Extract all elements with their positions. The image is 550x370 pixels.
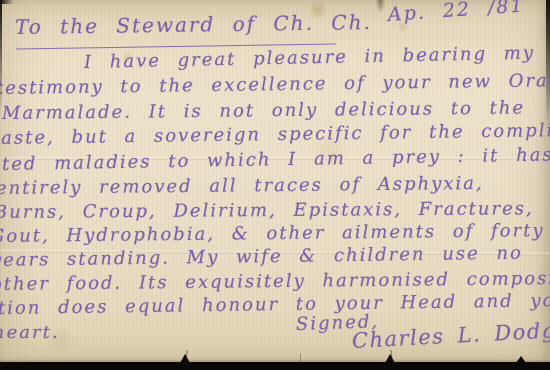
letter-line: testimony to the excellence of your new … <box>0 72 550 98</box>
letter-line: taste, but a sovereign specific for the … <box>0 122 550 148</box>
letter-line: tion does equal honour to your Head and … <box>0 292 550 318</box>
paper-crack <box>300 354 301 363</box>
salutation: To the Steward of Ch. Ch. <box>15 12 372 37</box>
letter-line: heart. <box>0 324 60 342</box>
signature: Charles L. Dodgson <box>351 318 550 352</box>
letter-line: other food. Its exquisitely harmonised c… <box>0 270 550 294</box>
letter-line: I have great pleasure in bearing my <box>84 45 535 72</box>
paper-smudge <box>376 0 385 13</box>
letter-line: entirely removed all traces of Asphyxia, <box>0 175 484 198</box>
letter-line: Marmalade. It is not only delicious to t… <box>2 100 525 123</box>
letter-line: Burns, Croup, Delirium, Epistaxis, Fract… <box>0 200 534 222</box>
background-strip <box>0 362 550 370</box>
letter-scan: { "letter": { "date": "Ap. 22 /81", "sal… <box>0 0 550 370</box>
letter-date: Ap. 22 /81 <box>387 0 525 25</box>
torn-edge-notch <box>516 356 526 363</box>
paper-edge-shadow <box>0 0 2 115</box>
paper-edge-shadow <box>546 0 550 130</box>
letter-line: ted maladies to which I am a prey : it h… <box>2 146 550 174</box>
letter-line: years standing. My wife & children use n… <box>0 245 523 270</box>
paper-edge-shadow <box>0 0 14 4</box>
letter-paper: Ap. 22 /81 To the Steward of Ch. Ch. I h… <box>0 0 550 362</box>
